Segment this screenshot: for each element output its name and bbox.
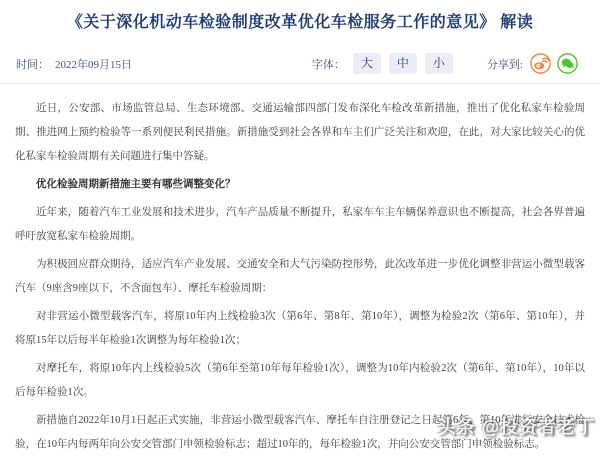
font-size-medium-button[interactable]: 中: [389, 53, 417, 73]
weibo-share-icon[interactable]: [530, 53, 551, 74]
font-size-label: 字体：: [312, 56, 345, 72]
time-value: 2022年09月15日: [55, 56, 132, 72]
paragraph-motorcycle-rule: 对摩托车，将原10年内上线检验5次（第6年至第10年每年检验1次），调整为10年…: [15, 357, 585, 405]
font-size-large-button[interactable]: 大: [353, 53, 381, 73]
paragraph-intro: 近日，公安部、市场监管总局、生态环境部、交通运输部四部门发布深化车检改革新措施，…: [15, 97, 585, 169]
section-heading: 优化检验周期新措施主要有哪些调整变化？: [15, 173, 585, 197]
share-label: 分享到:: [487, 56, 523, 72]
wechat-share-icon[interactable]: [557, 53, 578, 74]
publish-time: 时间： 2022年09月15日: [16, 56, 132, 72]
paragraph-background: 近年来，随着汽车工业发展和技术进步，汽车产品质量不断提升，私家车车主车辆保养意识…: [15, 201, 585, 249]
page-title: 《关于深化机动车检验制度改革优化车检服务工作的意见》 解读: [0, 0, 600, 32]
article-page: 《关于深化机动车检验制度改革优化车检服务工作的意见》 解读 时间： 2022年0…: [0, 0, 600, 456]
article-body: 近日，公安部、市场监管总局、生态环境部、交通运输部四部门发布深化车检改革新措施，…: [0, 84, 600, 456]
meta-tools: 字体： 大 中 小 分享到:: [312, 53, 584, 74]
paragraph-reform-scope: 为积极回应群众期待，适应汽车产业发展、交通安全和大气污染防控形势，此次改革进一步…: [15, 253, 585, 301]
time-label: 时间：: [16, 56, 49, 72]
paragraph-passenger-car-rule: 对非营运小微型载客汽车，将原10年内上线检验3次（第6年、第8年、第10年），调…: [15, 305, 585, 353]
paragraph-effective-date: 新措施自2022年10月1日起正式实施，非营运小微型载客汽车、摩托车自注册登记之…: [15, 409, 585, 456]
meta-bar: 时间： 2022年09月15日 字体： 大 中 小 分享到:: [0, 53, 600, 84]
font-size-small-button[interactable]: 小: [425, 53, 453, 73]
